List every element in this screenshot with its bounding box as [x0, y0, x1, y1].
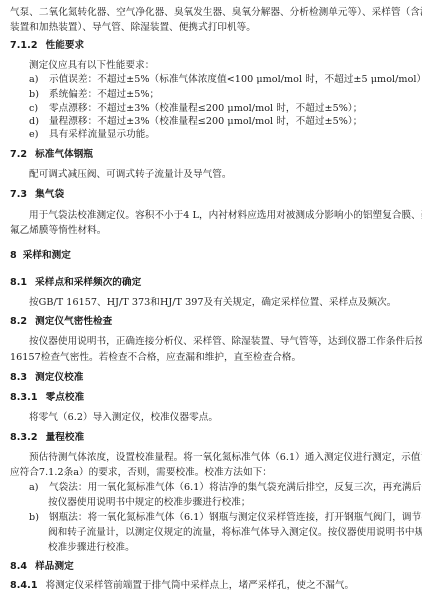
section-number: 8.3.2 — [10, 432, 38, 444]
list-item: d)量程漂移：不超过±3%（校准量程≤200 μmol/mol 时，不超过±5%… — [29, 116, 362, 128]
section-number: 8.3 — [10, 372, 27, 384]
heading-8-4: 8.4样品测定 — [10, 561, 74, 573]
paragraph-line: 预估待测气体浓度，设置校准量程。将一氧化氮标准气体（6.1）通入测定仪进行测定，… — [29, 452, 422, 464]
clause-text: 将测定仪采样管前端置于排气筒中采样点上，堵严采样孔，使之不漏气。 — [46, 580, 355, 590]
list-text: 示值误差：不超过±5%（标准气体浓度值<100 μmol/mol 时，不超过±5… — [49, 74, 422, 85]
heading-8-2: 8.2测定仪气密性检查 — [10, 316, 112, 328]
list-label: b) — [29, 512, 49, 524]
heading-7-3: 7.3集气袋 — [10, 189, 64, 201]
paragraph-line: 应符合7.1.2条a）的要求，否则，需要校准。校准方法如下： — [10, 467, 272, 479]
section-number: 7.3 — [10, 189, 27, 201]
section-title: 标准气体钢瓶 — [35, 149, 93, 160]
heading-8: 8采样和测定 — [10, 250, 71, 262]
section-title: 样品测定 — [35, 561, 74, 572]
list-item: a)示值误差：不超过±5%（标准气体浓度值<100 μmol/mol 时，不超过… — [29, 74, 422, 86]
paragraph-line: 装置和加热装置）、导气管、除湿装置、便携式打印机等。 — [10, 22, 256, 34]
section-number: 7.1.2 — [10, 40, 38, 52]
section-title: 测定仪校准 — [35, 372, 83, 383]
paragraph-line: 配可调式减压阀、可调式转子流量计及导气管。 — [29, 169, 232, 181]
heading-7-1-2: 7.1.2性能要求 — [10, 40, 84, 52]
list-label: a) — [29, 74, 49, 86]
heading-8-3: 8.3测定仪校准 — [10, 372, 83, 384]
list-text: 钢瓶法：将一氧化氮标准气体（6.1）钢瓶与测定仪采样管连接，打开钢瓶气阀门，调节… — [49, 512, 422, 523]
paragraph-line: 将零气（6.2）导入测定仪，校准仪器零点。 — [29, 412, 218, 424]
list-label: e) — [29, 129, 49, 141]
section-title: 采样和测定 — [23, 250, 71, 261]
paragraph-line: 氟乙烯膜等惰性材料。 — [10, 225, 106, 237]
section-title: 集气袋 — [35, 189, 64, 200]
paragraph-line: 按仪器使用说明书，正确连接分析仪、采样管、除湿装置、导气管等，达到仪器工作条件后… — [29, 336, 422, 348]
heading-8-3-2: 8.3.2量程校准 — [10, 432, 84, 444]
section-title: 性能要求 — [46, 40, 85, 51]
list-item: c)零点漂移：不超过±3%（校准量程≤200 μmol/mol 时，不超过±5%… — [29, 103, 362, 115]
list-text: 气袋法：用一氧化氮标准气体（6.1）将洁净的集气袋充满后排空，反复三次，再充满后… — [49, 482, 422, 493]
list-item: e)具有采样流量显示功能。 — [29, 129, 155, 141]
section-title: 零点校准 — [46, 392, 85, 403]
list-label: a) — [29, 482, 49, 494]
section-number: 8 — [10, 250, 17, 262]
section-number: 8.4 — [10, 561, 27, 573]
list-item: b)钢瓶法：将一氧化氮标准气体（6.1）钢瓶与测定仪采样管连接，打开钢瓶气阀门，… — [29, 512, 422, 524]
section-number: 8.4.1 — [10, 580, 38, 590]
list-item: b)系统偏差：不超过±5%； — [29, 89, 159, 101]
section-number: 8.2 — [10, 316, 27, 328]
list-continuation: 阀和转子流量计，以测定仪规定的流量，将标准气体导入测定仪。按仪器使用说明书中规定… — [48, 527, 422, 539]
section-title: 测定仪气密性检查 — [35, 316, 112, 327]
paragraph-line: 按GB/T 16157、HJ/T 373和HJ/T 397及有关规定，确定采样位… — [29, 297, 396, 309]
heading-8-1: 8.1采样点和采样频次的确定 — [10, 277, 141, 289]
section-number: 8.3.1 — [10, 392, 38, 404]
heading-7-2: 7.2标准气体钢瓶 — [10, 149, 93, 161]
heading-8-3-1: 8.3.1零点校准 — [10, 392, 84, 404]
list-label: c) — [29, 103, 49, 115]
list-label: b) — [29, 89, 49, 101]
list-text: 系统偏差：不超过±5%； — [49, 89, 159, 100]
clause-8-4-1: 8.4.1将测定仪采样管前端置于排气筒中采样点上，堵严采样孔，使之不漏气。 — [10, 580, 354, 590]
section-title: 量程校准 — [46, 432, 85, 443]
list-continuation: 校准步骤进行校准。 — [48, 542, 135, 554]
list-text: 量程漂移：不超过±3%（校准量程≤200 μmol/mol 时，不超过±5%）； — [49, 116, 362, 127]
section-title: 采样点和采样频次的确定 — [35, 277, 141, 288]
paragraph-line: 测定仪应具有以下性能要求： — [29, 60, 154, 72]
list-label: d) — [29, 116, 49, 128]
list-text: 零点漂移：不超过±3%（校准量程≤200 μmol/mol 时，不超过±5%）； — [49, 103, 362, 114]
paragraph-line: 16157检查气密性。若检查不合格，应查漏和维护，直至检查合格。 — [10, 352, 301, 364]
paragraph-line: 气泵、二氧化氮转化器、空气净化器、臭氧发生器、臭氧分解器、分析检测单元等）、采样… — [10, 7, 422, 19]
list-item: a)气袋法：用一氧化氮标准气体（6.1）将洁净的集气袋充满后排空，反复三次，再充… — [29, 482, 422, 494]
section-number: 7.2 — [10, 149, 27, 161]
list-text: 具有采样流量显示功能。 — [49, 129, 155, 140]
section-number: 8.1 — [10, 277, 27, 289]
list-continuation: 按仪器使用说明书中规定的校准步骤进行校准； — [48, 497, 251, 509]
paragraph-line: 用于气袋法校准测定仪。容积不小于4 L，内衬材料应选用对被测成分影响小的铝塑复合… — [29, 210, 422, 222]
